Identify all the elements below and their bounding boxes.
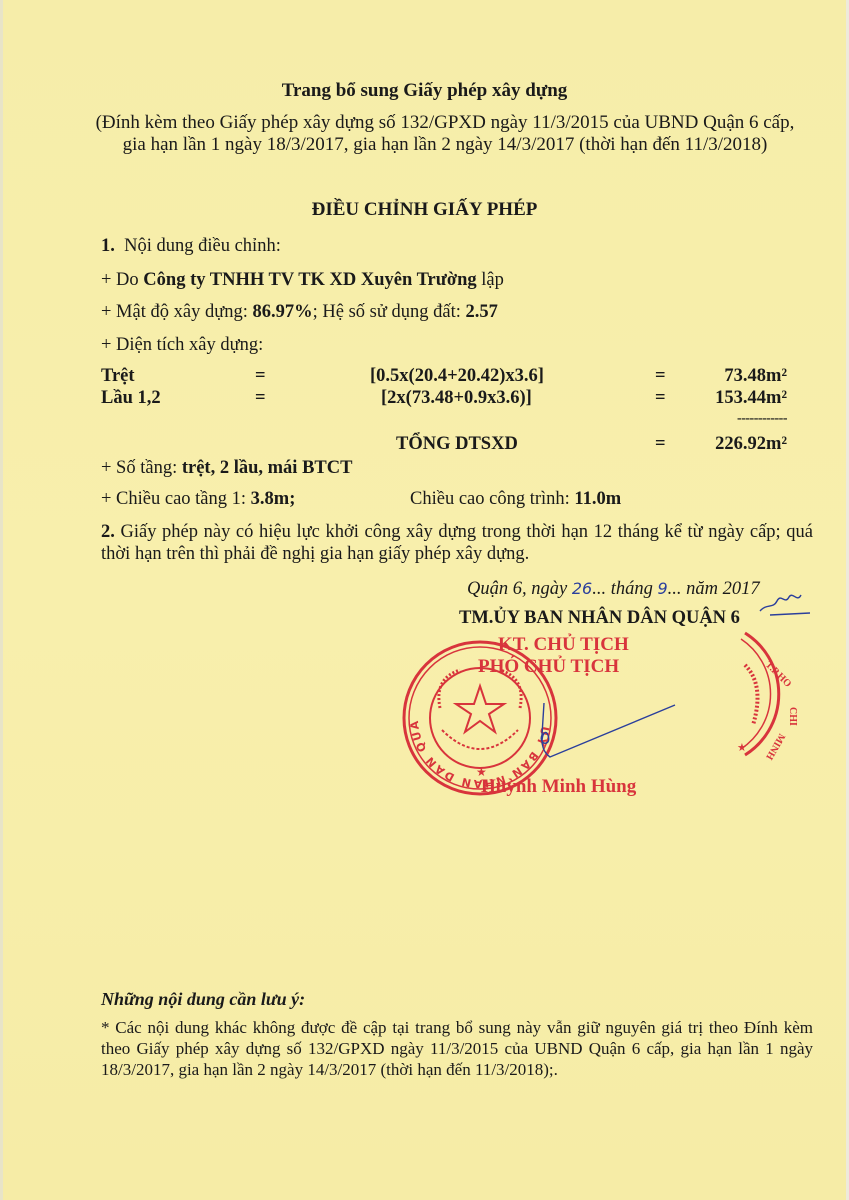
row-eq2: = [655,388,666,409]
designer-name: Công ty TNHH TV TK XD Xuyên Trường [143,270,476,290]
sum-separator: ------------ [737,411,787,427]
row-eq2: = [655,366,666,387]
floors-line: + Số tầng: trệt, 2 lầu, mái BTCT [101,458,352,479]
floor1-height-label: + Chiều cao tầng 1: [101,489,251,509]
row-formula: [0.5x(20.4+20.42)x3.6] [370,366,544,387]
date-mid: ... tháng [592,579,657,599]
row-eq: = [255,388,266,409]
area-label: + Diện tích xây dựng: [101,335,263,356]
date-prefix: Quận 6, ngày [467,579,572,599]
floors-value: trệt, 2 lầu, mái BTCT [182,458,353,478]
building-height-line: Chiều cao công trình: 11.0m [410,489,621,510]
notes-heading: Những nội dung cần lưu ý: [101,989,305,1010]
signer-name: Huỳnh Minh Hùng [481,776,636,798]
designer-line: + Do Công ty TNHH TV TK XD Xuyên Trường … [101,270,504,291]
density-line: + Mật độ xây dựng: 86.97%; Hệ số sử dụng… [101,302,498,323]
section1-number: 1. [101,236,115,256]
row-value: 73.48m² [724,366,787,387]
signing-organization: TM.ỦY BAN NHÂN DÂN QUẬN 6 [459,608,740,629]
scan-edge-left [0,0,3,1200]
density-label: + Mật độ xây dựng: [101,302,253,322]
svg-text:★: ★ [737,742,747,754]
section1-label: Nội dung điều chỉnh: [124,236,281,256]
total-eq: = [655,434,666,455]
document-subtitle: (Đính kèm theo Giấy phép xây dựng số 132… [95,112,795,156]
section1-heading: 1. Nội dung điều chỉnh: [101,236,281,257]
date-month-handwritten: 9 [657,579,667,598]
section2: 2. Giấy phép này có hiệu lực khởi công x… [101,521,813,565]
official-seal-right: T.P HO CHI MINH ★ [735,625,815,765]
row-value: 153.44m² [715,388,787,409]
row-formula: [2x(73.48+0.9x3.6)] [381,388,532,409]
floors-label: + Số tầng: [101,458,182,478]
notes-text: * Các nội dung khác không được đề cập tạ… [101,1017,813,1080]
total-value: 226.92m² [715,434,787,455]
signature-date: Quận 6, ngày 26... tháng 9... năm 2017 [467,579,760,600]
total-label: TỔNG DTSXD [396,434,518,455]
floor1-height-value: 3.8m; [251,489,296,509]
initials-scribble [755,583,815,623]
designer-suffix: lập [477,270,504,290]
floor1-height-line: + Chiều cao tầng 1: 3.8m; [101,489,295,510]
building-height-label: Chiều cao công trình: [410,489,574,509]
role-vice-chairman: PHÓ CHỦ TỊCH [478,656,619,678]
land-use-value: 2.57 [466,302,498,322]
document-title: Trang bổ sung Giấy phép xây dựng [0,80,849,102]
adjustment-heading: ĐIỀU CHỈNH GIẤY PHÉP [0,199,849,221]
date-day-handwritten: 26 [572,579,592,598]
section2-number: 2. [101,522,115,542]
row-name: Trệt [101,366,135,387]
building-height-value: 11.0m [574,489,621,509]
handwritten-signature [530,695,690,770]
svg-text:CHI: CHI [787,707,798,726]
row-eq: = [255,366,266,387]
land-use-label: ; Hệ số sử dụng đất: [313,302,466,322]
date-suffix: ... năm 2017 [668,579,760,599]
designer-prefix: + Do [101,270,143,290]
role-acting-chairman: KT. CHỦ TỊCH [498,634,629,656]
section2-text: Giấy phép này có hiệu lực khởi công xây … [101,522,813,564]
density-value: 86.97% [253,302,313,322]
row-name: Lầu 1,2 [101,388,161,409]
